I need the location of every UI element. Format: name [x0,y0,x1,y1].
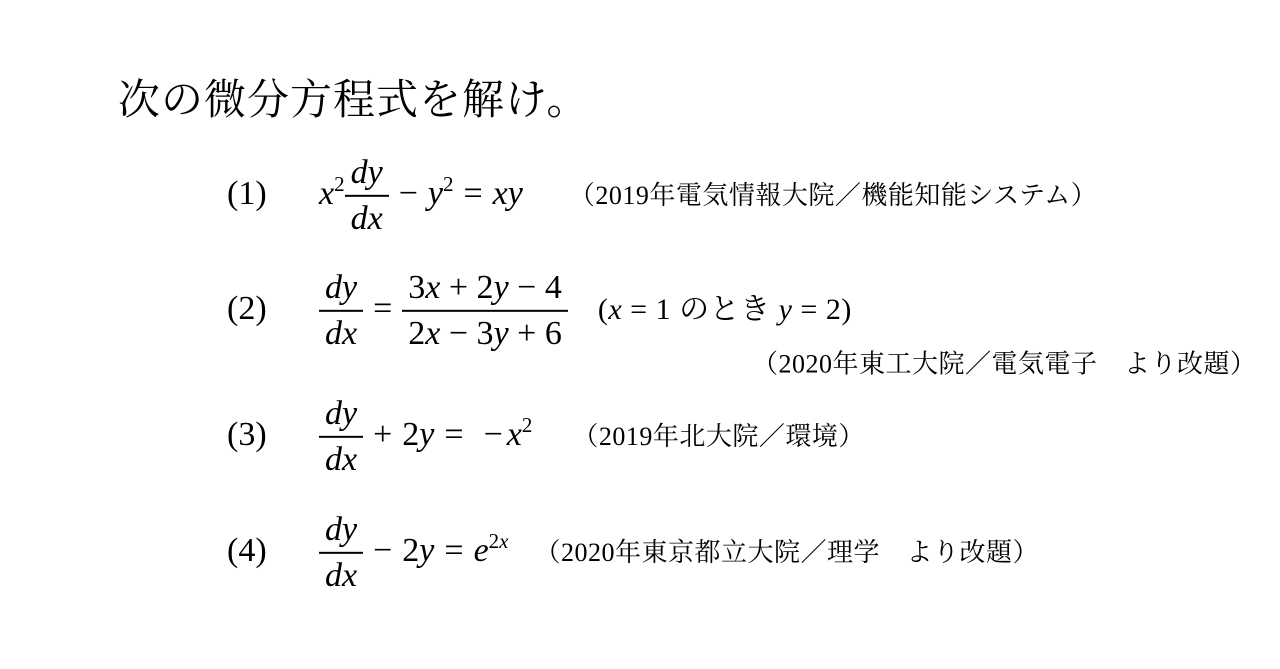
fraction-numerator: dy [319,513,363,552]
problem-row-1: (1)x2dydx−y2=xy（2019年電気情報大院／機能知能システム） [227,156,1097,236]
fraction-dy-dx: dydx [319,271,363,351]
page-title: 次の微分方程式を解け。 [118,76,589,126]
source-citation-1: （2019年電気情報大院／機能知能システム） [569,181,1097,210]
problem-row-2: (2)dydx=3x + 2y − 42x − 3y + 6(x = 1 のとき… [227,271,852,351]
problem-1-number: (1) [227,174,319,213]
math-base-e: e [474,532,489,569]
source-citation-4: （2020年東京都立大院／理学 より改題） [534,538,1039,567]
math-base-y: y [428,175,443,212]
equals-sign: = [444,532,463,569]
problem-3-number: (3) [227,415,319,454]
fraction-denominator: dx [345,195,389,237]
fraction-numerator: dy [345,156,389,195]
fraction-denominator: dx [319,436,363,478]
equals-sign: = [373,290,392,327]
fraction-numerator: 3x + 2y − 4 [402,271,568,310]
problem-2-number: (2) [227,289,319,328]
source-citation-2: （2020年東工大院／電気電子 より改題） [752,344,1257,381]
negative-sign: − [484,416,503,453]
fraction-numerator: dy [319,397,363,436]
problem-4-number: (4) [227,531,319,570]
fraction-denominator: dx [319,552,363,594]
fraction-dy-dx: dydx [345,156,389,236]
math-exponent-2: 2 [334,172,345,196]
math-exponent-2: 2 [443,172,454,196]
math-exponent-2: 2 [522,413,533,437]
math-term-xy: xy [493,175,523,212]
fraction-numerator: dy [319,271,363,310]
equals-sign: = [463,175,482,212]
fraction-rhs: 3x + 2y − 42x − 3y + 6 [402,271,568,351]
initial-condition: (x = 1 のとき y = 2) [598,293,852,326]
problem-row-4: (4)dydx−2y=e2x（2020年東京都立大院／理学 より改題） [227,513,1039,593]
fraction-dy-dx: dydx [319,397,363,477]
math-term-2y: 2y [402,416,434,453]
fraction-denominator: dx [319,310,363,352]
problem-row-3: (3)dydx+2y=−x2（2019年北大院／環境） [227,397,865,477]
fraction-dy-dx: dydx [319,513,363,593]
math-base-x: x [319,175,334,212]
source-citation-3: （2019年北大院／環境） [572,422,865,451]
plus-operator: + [373,416,392,453]
equals-sign: = [444,416,463,453]
page: { "page": { "title": "次の微分方程式を解け。", "col… [0,0,1280,669]
math-exponent-2x: 2x [489,529,509,553]
fraction-denominator: 2x − 3y + 6 [402,310,568,352]
minus-operator: − [373,532,392,569]
math-term-2y: 2y [402,532,434,569]
math-base-x: x [507,416,522,453]
minus-operator: − [399,175,418,212]
